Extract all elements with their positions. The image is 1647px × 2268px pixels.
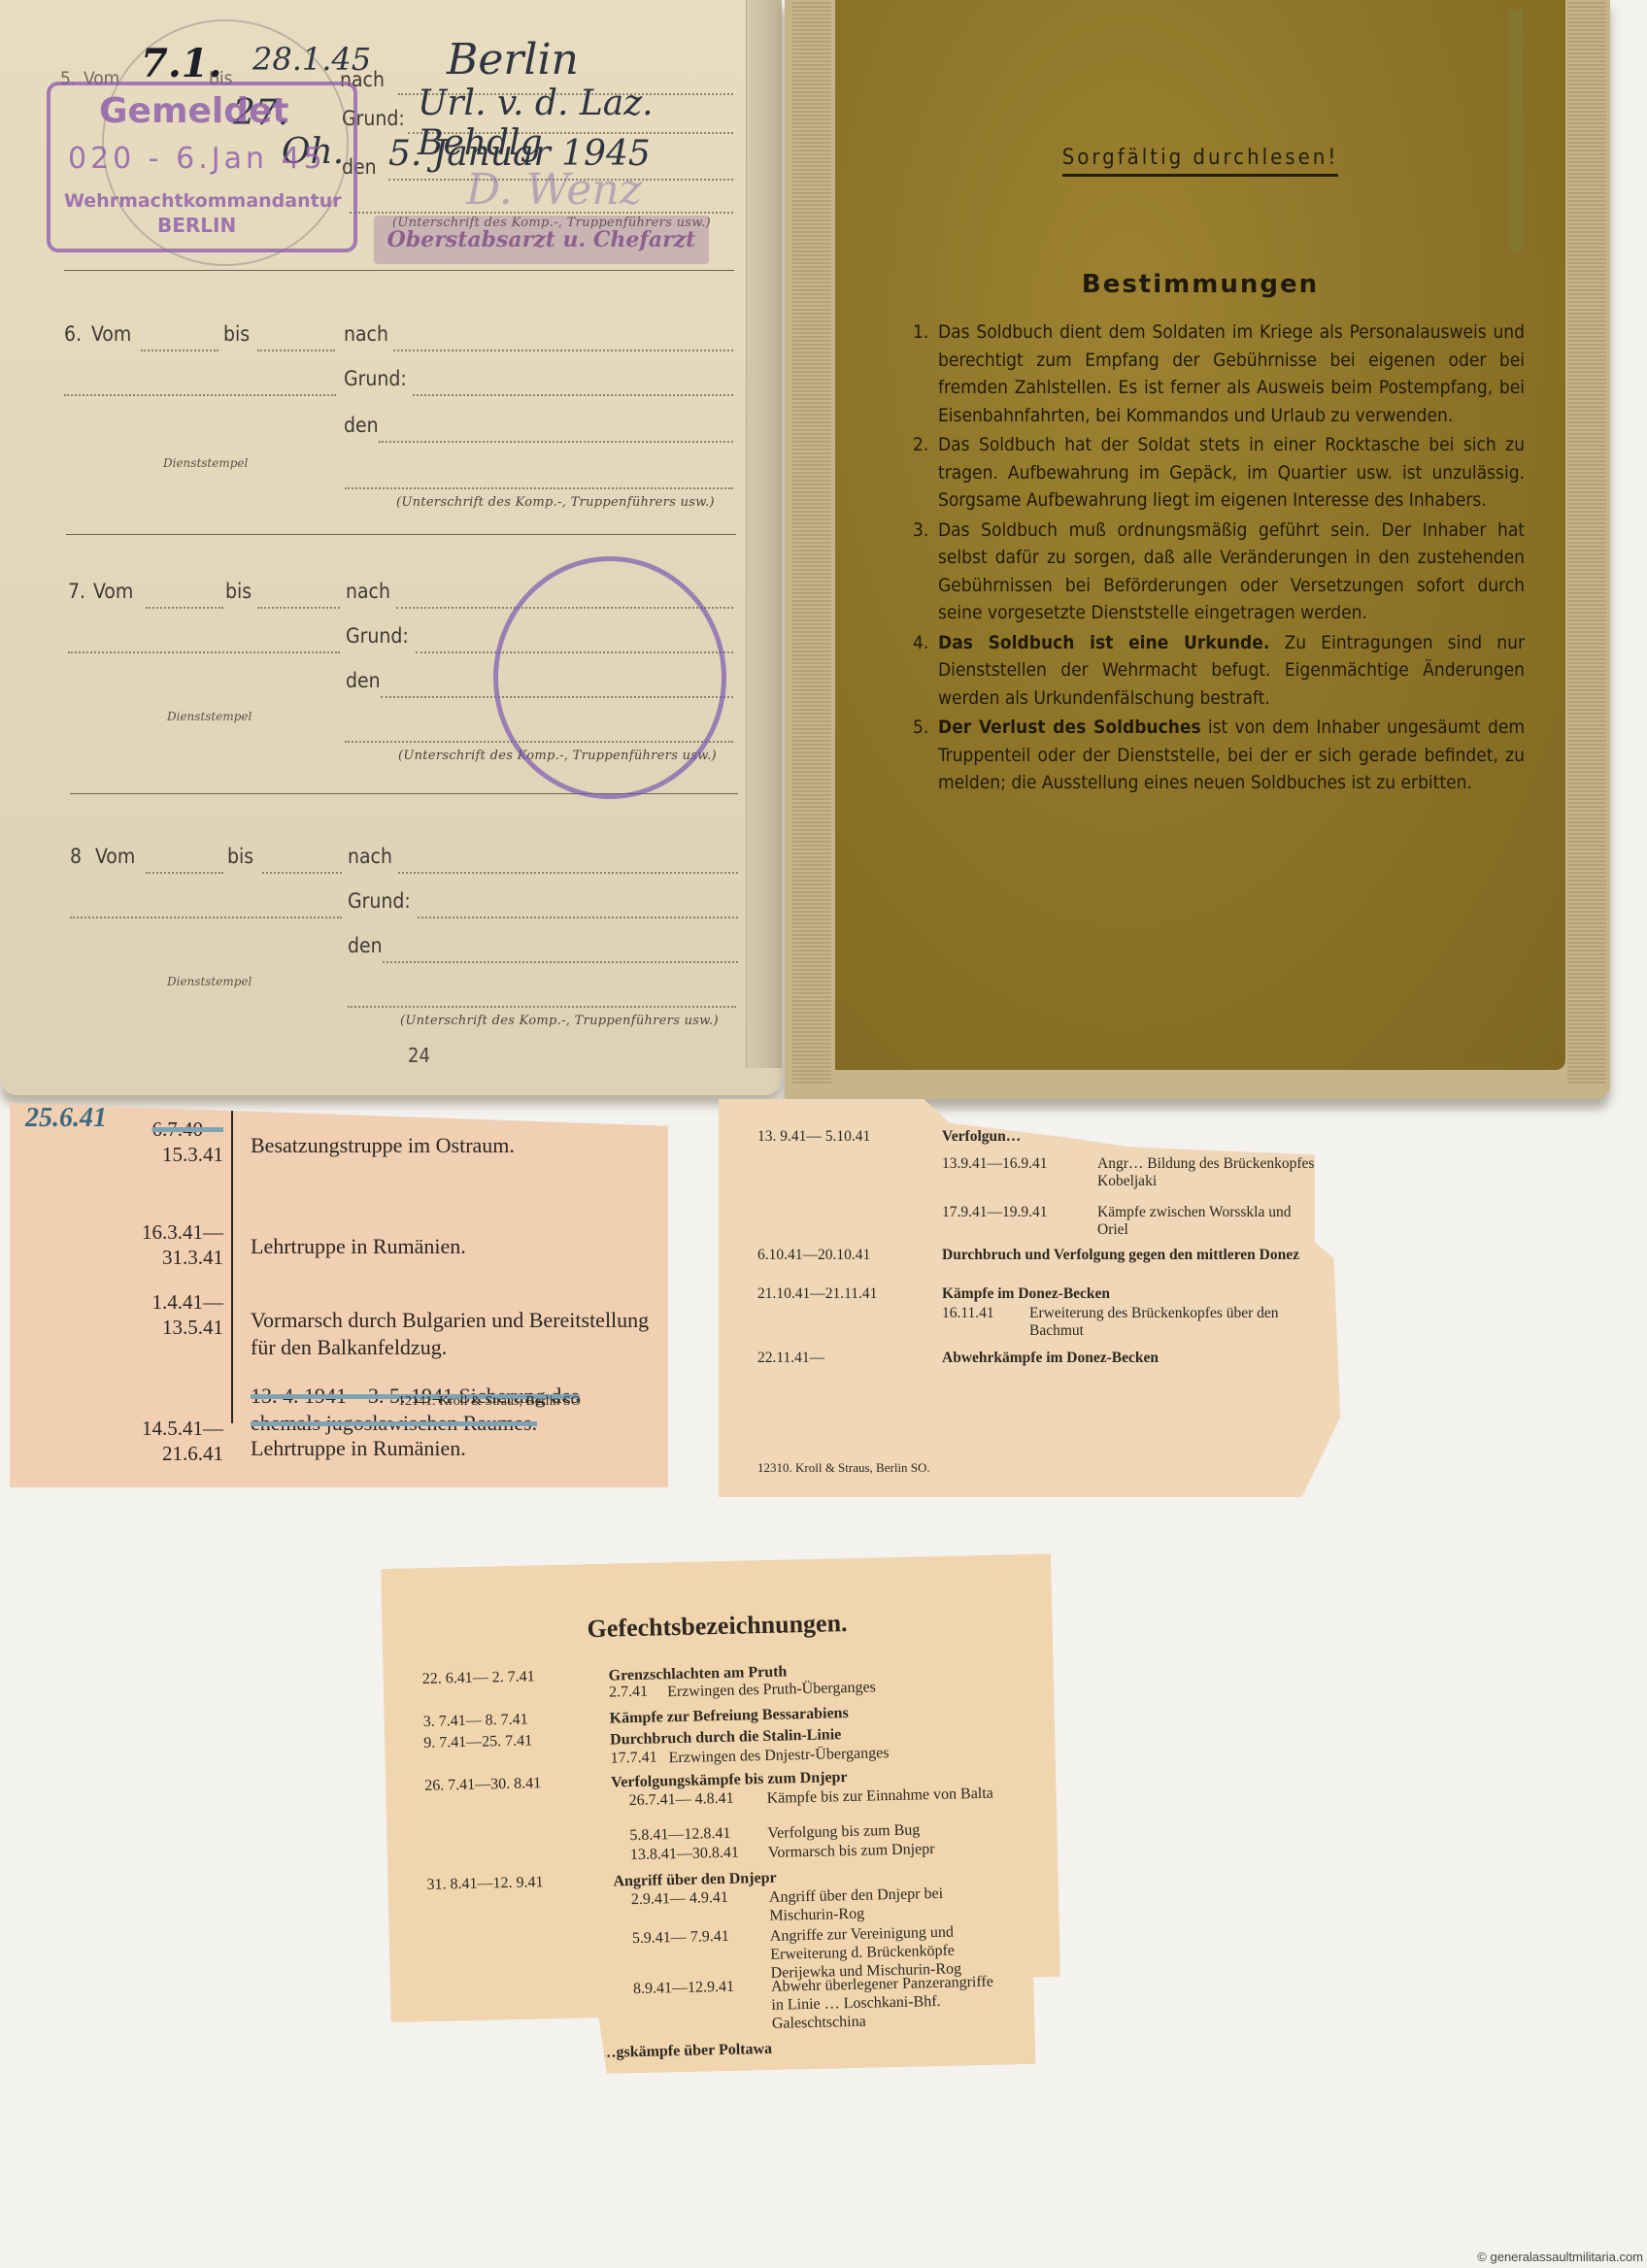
soldbuch-left-page: 5. Vom bis nach Grund: den (Unterschrift… <box>0 0 782 1095</box>
sub-engagement-date: 17.9.41—19.9.41 <box>942 1204 1048 1221</box>
dienststempel-label: Dienststempel <box>163 456 248 470</box>
sub-engagement-name: Vormarsch bis zum Dnjepr <box>768 1838 1001 1861</box>
signature-caption: (Unterschrift des Komp.-, Truppenführers… <box>400 1014 719 1028</box>
signature-caption: (Unterschrift des Komp.-, Truppenführers… <box>396 495 715 510</box>
gemeldet-stamp: Gemeldet 020 - 6.Jan 45 Wehrmachtkommand… <box>47 82 357 252</box>
date-from: 1.4.41— <box>19 1289 223 1315</box>
dienststempel-label: Dienststempel <box>167 710 252 723</box>
sub-engagement-date: 5.8.41—12.8.41 <box>629 1825 730 1845</box>
engagement-date: 13. 9.41— 5.10.41 <box>757 1128 870 1146</box>
chefarzt-stamp: Oberstabsarzt u. Chefarzt <box>374 216 709 264</box>
sub-engagement-date: 5.9.41— 7.9.41 <box>632 1928 729 1948</box>
record-description: Besatzungstruppe im Ostraum. <box>251 1132 654 1159</box>
vom-label: Vom <box>93 580 133 603</box>
copyright-watermark: © generalassaultmilitaria.com <box>1477 2250 1643 2264</box>
leave-entry-6: 6. Vom bis nach Grund: den Dienststempel… <box>0 311 757 534</box>
engagement-date: 21.10.41—21.11.41 <box>757 1285 877 1303</box>
date-to: 31.3.41 <box>19 1245 223 1270</box>
date-from: 14.5.41— <box>19 1416 223 1441</box>
rule-emphasis: Der Verlust des Soldbuches <box>938 717 1201 738</box>
sub-engagement-date: 2.7.41 <box>609 1684 648 1702</box>
rule-item: 5.Der Verlust des Soldbuches ist von dem… <box>913 714 1525 797</box>
engagement-name: Kämpfe im Donez-Becken <box>942 1285 1311 1303</box>
nach-label: nach <box>346 580 390 603</box>
den-label: den <box>346 669 381 692</box>
sub-engagement-name: Kämpfe zwischen Worsskla und Oriel <box>1097 1204 1321 1239</box>
nach-label: nach <box>348 845 392 868</box>
leave-entry-7: 7. Vom bis nach Grund: den Dienststempel… <box>0 568 757 801</box>
engagement-name: Abwehrkämpfe im Donez-Becken <box>942 1350 1311 1367</box>
linen-binding-left <box>792 0 831 1085</box>
den-label: den <box>344 414 379 437</box>
sub-engagement-name: Angriff über den Dnjepr bei Mischurin-Ro… <box>769 1883 1003 1924</box>
leave-entry-8: 8 Vom bis nach Grund: den Dienststempel … <box>0 833 757 1056</box>
cover-board: Sorgfältig durchlesen! Bestimmungen 1.Da… <box>835 0 1565 1070</box>
engagement-date: 31. 8.41—12. 9.41 <box>426 1874 543 1894</box>
rule-emphasis: Das Soldbuch ist eine Urkunde. <box>938 632 1269 653</box>
rule-item: 4.Das Soldbuch ist eine Urkunde. Zu Eint… <box>913 629 1525 713</box>
vom-label: Vom <box>95 845 135 868</box>
round-service-stamp <box>493 556 726 799</box>
record-description: 13. 4. 1941—3. 5. 1941 Sicherung des ehe… <box>251 1383 654 1437</box>
den-label: den <box>348 934 383 957</box>
sub-engagement-name: Erweiterung des Brückenkopfes über den B… <box>1029 1305 1330 1340</box>
grund-label: Grund: <box>344 367 407 390</box>
bis-label: bis <box>227 845 253 868</box>
handwritten-signature: D. Wenz <box>466 165 642 215</box>
rule-number: 1. <box>913 318 928 347</box>
sub-engagement-name: Abwehr überlegener Panzerangriffe in Lin… <box>771 1972 1005 2032</box>
engagement-date: 22.11.41— <box>757 1350 824 1367</box>
sub-engagement-name: Kämpfe bis zur Einnahme von Balta <box>766 1784 999 1807</box>
sub-engagement-date: 17.7.41 <box>610 1749 656 1767</box>
sub-engagement-date: 2.9.41— 4.9.41 <box>631 1889 728 1909</box>
engagement-date: 26. 7.41—30. 8.41 <box>424 1775 541 1795</box>
sub-engagement-date: 16.11.41 <box>942 1305 994 1322</box>
rule-number: 4. <box>913 629 928 657</box>
bis-label: bis <box>225 580 252 603</box>
sub-engagement-date: 26.7.41— 4.8.41 <box>628 1790 733 1810</box>
entry-number: 8 <box>70 845 82 868</box>
date-to: 15.3.41 <box>19 1142 223 1167</box>
engagement-name: …gskämpfe über Poltawa <box>600 2034 1008 2062</box>
sub-engagement-date: 13.9.41—16.9.41 <box>942 1155 1048 1173</box>
rule-number: 5. <box>913 714 928 742</box>
engagement-date: 6.10.41—20.10.41 <box>757 1247 870 1264</box>
vom-label: Vom <box>91 322 131 346</box>
sub-engagement-name: Angr… Bildung des Brückenkopfes Kobeljak… <box>1097 1155 1321 1190</box>
engagement-date: 9. 7.41—25. 7.41 <box>423 1732 532 1752</box>
rule-text: Das Soldbuch dient dem Soldaten im Krieg… <box>938 321 1525 426</box>
grund-label: Grund: <box>346 624 409 648</box>
rules-list: 1.Das Soldbuch dient dem Soldaten im Kri… <box>913 318 1525 799</box>
rule-text: Das Soldbuch muß ordnungsmäßig geführt s… <box>938 519 1525 624</box>
nach-label: nach <box>344 322 388 346</box>
leave-entry-5: 5. Vom bis nach Grund: den (Unterschrift… <box>0 0 757 262</box>
record-description: Lehrtruppe in Rumänien. <box>251 1435 654 1462</box>
record-description: Vormarsch durch Bulgarien und Bereitstel… <box>251 1307 654 1361</box>
column-divider <box>231 1103 233 1423</box>
printer-imprint: 12141. Kroll & Straus, Berlin SO <box>398 1394 581 1410</box>
rule-number: 3. <box>913 517 928 545</box>
service-record-card-2: 13. 9.41— 5.10.41Verfolgun…13.9.41—16.9.… <box>719 1099 1360 1497</box>
sub-engagement-date: 13.8.41—30.8.41 <box>630 1845 739 1865</box>
rule-text: Das Soldbuch hat der Soldat stets in ein… <box>938 434 1525 511</box>
engagement-date: 22. 6.41— 2. 7.41 <box>422 1668 535 1688</box>
rule-item: 1.Das Soldbuch dient dem Soldaten im Kri… <box>913 318 1525 429</box>
date-from: 6.7.40— <box>19 1117 223 1142</box>
rule-item: 3.Das Soldbuch muß ordnungsmäßig geführt… <box>913 517 1525 627</box>
gefechtsbezeichnungen-card: Gefechtsbezeichnungen. 22. 6.41— 2. 7.41… <box>381 1553 1062 2079</box>
dienststempel-label: Dienststempel <box>167 975 252 988</box>
printer-imprint: 12310. Kroll & Straus, Berlin SO. <box>757 1460 930 1476</box>
grund-label: Grund: <box>348 889 411 913</box>
date-to: 13.5.41 <box>19 1315 223 1340</box>
handwritten-destination: Berlin <box>447 35 579 84</box>
service-record-card-1: 25.6.41 6.7.40—15.3.41Besatzungstruppe i… <box>10 1103 668 1487</box>
linen-binding-right <box>1567 0 1606 1085</box>
record-description: Lehrtruppe in Rumänien. <box>251 1233 654 1260</box>
soldbuch-inner-cover: Sorgfältig durchlesen! Bestimmungen 1.Da… <box>785 0 1610 1099</box>
engagement-name: Durchbruch und Verfolgung gegen den mitt… <box>942 1247 1330 1264</box>
entry-number: 7. <box>68 580 85 603</box>
page-number: 24 <box>408 1044 430 1067</box>
engagement-name: Verfolgun… <box>942 1128 1311 1146</box>
engagement-date: 3. 7.41— 8. 7.41 <box>423 1711 528 1730</box>
cover-title: Bestimmungen <box>835 270 1565 299</box>
bis-label: bis <box>223 322 250 346</box>
cover-heading: Sorgfältig durchlesen! <box>835 146 1565 170</box>
entry-number: 6. <box>64 322 82 346</box>
rule-number: 2. <box>913 431 928 459</box>
date-from: 16.3.41— <box>19 1219 223 1245</box>
card3-rows: 22. 6.41— 2. 7.41Grenzschlachten am Prut… <box>381 1553 1051 1569</box>
date-to: 21.6.41 <box>19 1441 223 1466</box>
sub-engagement-date: 8.9.41—12.9.41 <box>633 1979 734 1998</box>
card-title: Gefechtsbezeichnungen. <box>382 1604 1053 1649</box>
rule-item: 2.Das Soldbuch hat der Soldat stets in e… <box>913 431 1525 515</box>
